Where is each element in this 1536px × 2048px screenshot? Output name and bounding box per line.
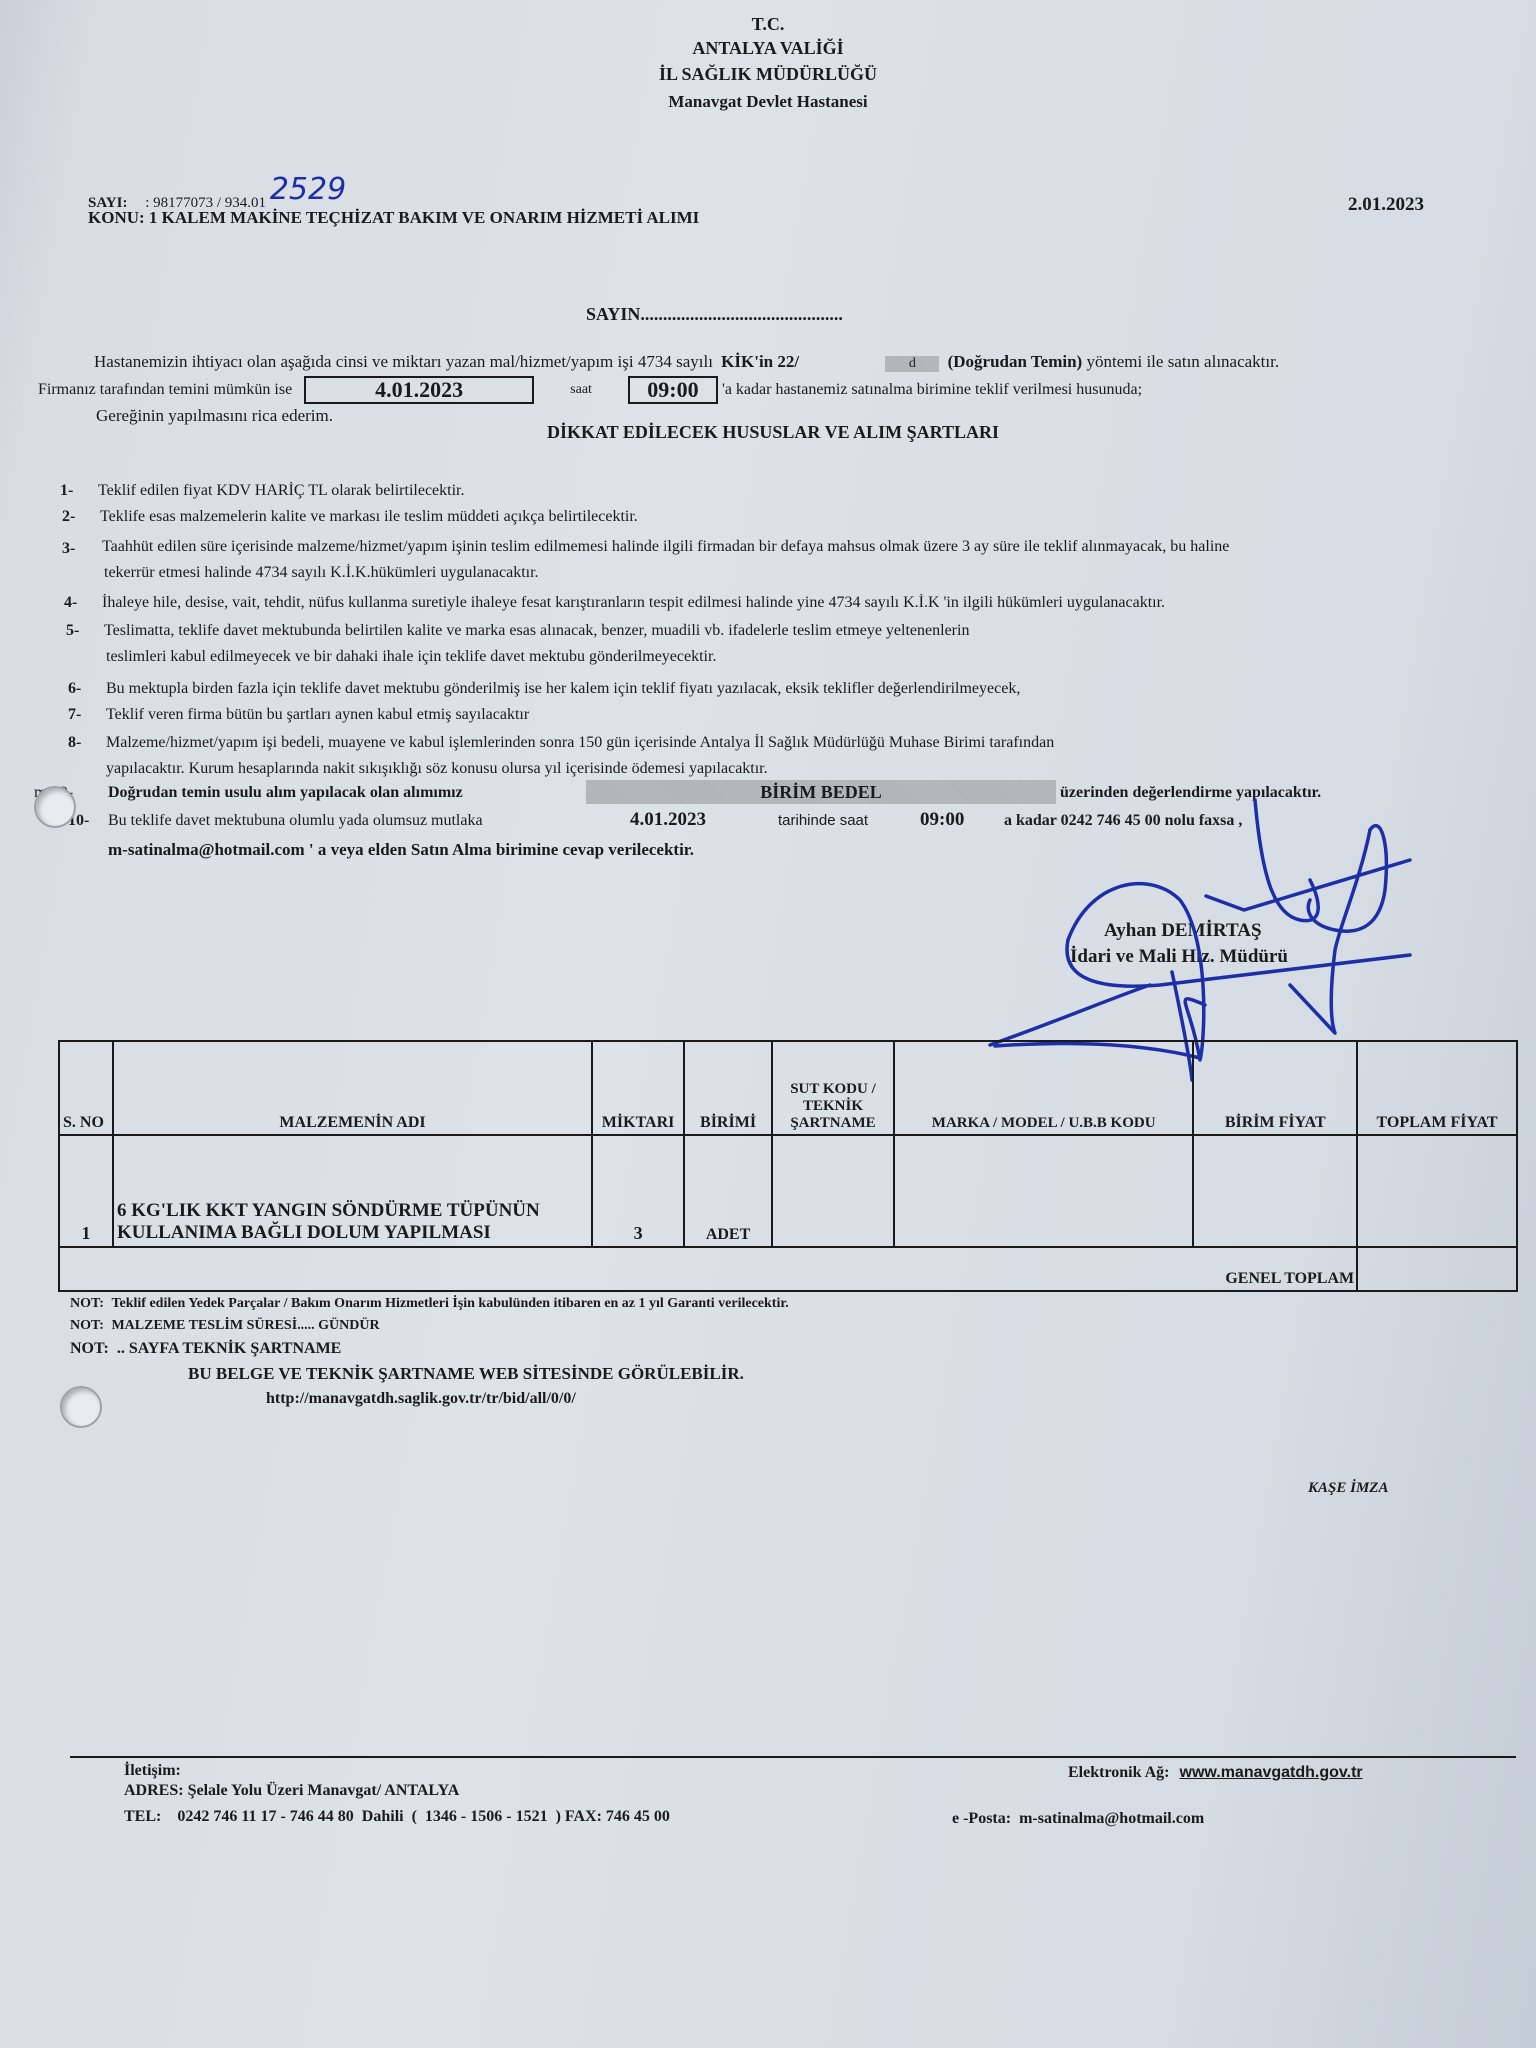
condition-text: Malzeme/hizmet/yapım işi bedeli, muayene… (106, 734, 1054, 752)
row-sno: 1 (59, 1135, 113, 1247)
sayi-handwritten: 2529 (270, 172, 346, 207)
evaluation-basis-highlight: BİRİM BEDEL (586, 780, 1056, 804)
condition-text: Teklif veren firma bütün bu şartları ayn… (106, 706, 529, 724)
law-subclause: d (885, 356, 939, 372)
header-hospital: Manavgat Devlet Hastanesi (0, 92, 1536, 112)
signatory-name: Ayhan DEMİRTAŞ (1104, 920, 1262, 942)
stamp-signature-label: KAŞE İMZA (1308, 1480, 1388, 1497)
footer-email: e -Posta: m-satinalma@hotmail.com (952, 1810, 1204, 1828)
note-label: NOT: (70, 1318, 104, 1333)
condition-text: Bu teklife davet mektubuna olumlu yada o… (108, 812, 483, 830)
header-tc: T.C. (0, 14, 1536, 35)
condition-text-end: üzerinden değerlendirme yapılacaktır. (1060, 784, 1321, 802)
condition-number: 2- (62, 508, 75, 526)
note-label: NOT: (70, 1296, 104, 1311)
footer-web: Elektronik Ağ: www.manavgatdh.gov.tr (1068, 1764, 1363, 1782)
saat-label: saat (570, 382, 592, 398)
condition-text-cont: yapılacaktır. Kurum hesaplarında nakit s… (106, 760, 768, 778)
header-directorate: İL SAĞLIK MÜDÜRLÜĞÜ (0, 64, 1536, 85)
procurement-method: (Doğrudan Temin) (948, 352, 1083, 371)
web-url-link[interactable]: http://manavgatdh.saglik.gov.tr/tr/bid/a… (266, 1390, 576, 1408)
row-brand-model[interactable] (894, 1135, 1193, 1247)
footer-email-label: e -Posta: (952, 1810, 1011, 1827)
footer-web-label: Elektronik Ağ: (1068, 1764, 1170, 1781)
footer-divider (70, 1756, 1516, 1758)
reply-email-text: m-satinalma@hotmail.com ' a veya elden S… (108, 840, 694, 860)
grand-total-row: GENEL TOPLAM (59, 1247, 1517, 1291)
intro-line-2: Firmanız tarafından temini mümkün ise 4.… (38, 376, 1142, 404)
header-sut-code: SUT KODU / TEKNİK ŞARTNAME (772, 1041, 894, 1135)
header-brand-model: MARKA / MODEL / U.B.B KODU (894, 1041, 1193, 1135)
note-text: Teklif edilen Yedek Parçalar / Bakım Ona… (111, 1296, 788, 1311)
condition-text: Taahhüt edilen süre içerisinde malzeme/h… (102, 538, 1229, 556)
note-2: NOT: MALZEME TESLİM SÜRESİ..... GÜNDÜR (70, 1318, 380, 1334)
condition-number: 8- (68, 734, 81, 752)
condition-text-cont: teslimleri kabul edilmeyecek ve bir daha… (106, 648, 716, 666)
document-date: 2.01.2023 (1348, 194, 1424, 216)
signatory-title: İdari ve Mali Hiz. Müdürü (1070, 946, 1288, 968)
note-3: NOT: .. SAYFA TEKNİK ŞARTNAME (70, 1340, 341, 1358)
note-text: MALZEME TESLİM SÜRESİ..... GÜNDÜR (111, 1318, 379, 1333)
note-text: .. SAYFA TEKNİK ŞARTNAME (117, 1340, 342, 1357)
row-unit-price[interactable] (1193, 1135, 1357, 1247)
deadline-date-box: 4.01.2023 (304, 376, 534, 404)
intro-text: Firmanız tarafından temini mümkün ise (38, 381, 292, 399)
fax-text: a kadar 0242 746 45 00 nolu faxsa , (1004, 812, 1242, 830)
condition-text-cont: tekerrür etmesi halinde 4734 sayılı K.İ.… (104, 564, 539, 582)
condition-number: 1- (60, 482, 73, 500)
header-unit: BİRİMİ (684, 1041, 772, 1135)
conditions-title: DİKKAT EDİLECEK HUSUSLAR VE ALIM ŞARTLAR… (0, 422, 1536, 443)
condition-number: 3- (62, 540, 75, 558)
row-item-name: 6 KG'LIK KKT YANGIN SÖNDÜRME TÜPÜNÜN KUL… (113, 1135, 592, 1247)
footer-web-link[interactable]: www.manavgatdh.gov.tr (1180, 1764, 1363, 1781)
row-quantity: 3 (592, 1135, 684, 1247)
intro-text-end: yöntemi ile satın alınacaktır. (1086, 352, 1279, 371)
hole-punch-icon (34, 786, 76, 828)
header-governorship: ANTALYA VALİĞİ (0, 38, 1536, 59)
web-note: BU BELGE VE TEKNİK ŞARTNAME WEB SİTESİND… (188, 1364, 744, 1384)
note-1: NOT: Teklif edilen Yedek Parçalar / Bakı… (70, 1296, 789, 1312)
intro-text: Hastanemizin ihtiyacı olan aşağıda cinsi… (94, 352, 713, 371)
grand-total-value[interactable] (1357, 1247, 1517, 1291)
condition-number: 6- (68, 680, 81, 698)
header-unit-price: BİRİM FİYAT (1193, 1041, 1357, 1135)
condition-number: 7- (68, 706, 81, 724)
reply-time-label: tarihinde saat (778, 812, 868, 829)
reply-date: 4.01.2023 (630, 809, 706, 831)
footer-address: ADRES: Şelale Yolu Üzeri Manavgat/ ANTAL… (124, 1782, 459, 1800)
hole-punch-icon (60, 1386, 102, 1428)
konu-line: KONU: 1 KALEM MAKİNE TEÇHİZAT BAKIM VE O… (88, 208, 699, 228)
header-total-price: TOPLAM FİYAT (1357, 1041, 1517, 1135)
row-unit: ADET (684, 1135, 772, 1247)
row-total-price[interactable] (1357, 1135, 1517, 1247)
condition-text: Teklif edilen fiyat KDV HARİÇ TL olarak … (98, 482, 464, 500)
header-item-name: MALZEMENİN ADI (113, 1041, 592, 1135)
item-name-line-1: 6 KG'LIK KKT YANGIN SÖNDÜRME TÜPÜNÜN (117, 1200, 588, 1222)
items-table: S. NO MALZEMENİN ADI MİKTARI BİRİMİ SUT … (58, 1040, 1518, 1292)
note-label: NOT: (70, 1340, 109, 1357)
intro-text-end: 'a kadar hastanemiz satınalma birimine t… (722, 381, 1142, 399)
konu-value: 1 KALEM MAKİNE TEÇHİZAT BAKIM VE ONARIM … (149, 208, 699, 227)
table-row: 1 6 KG'LIK KKT YANGIN SÖNDÜRME TÜPÜNÜN K… (59, 1135, 1517, 1247)
salutation: SAYIN...................................… (586, 304, 843, 325)
intro-line-1: Hastanemizin ihtiyacı olan aşağıda cinsi… (94, 352, 1279, 372)
header-quantity: MİKTARI (592, 1041, 684, 1135)
footer-contact-label: İletişim: (124, 1762, 181, 1780)
condition-number: 4- (64, 594, 77, 612)
condition-text: Bu mektupla birden fazla için teklife da… (106, 680, 1020, 698)
row-sut-code[interactable] (772, 1135, 894, 1247)
condition-text: Teklife esas malzemelerin kalite ve mark… (100, 508, 638, 526)
header-sno: S. NO (59, 1041, 113, 1135)
footer-email-link[interactable]: m-satinalma@hotmail.com (1019, 1810, 1204, 1827)
grand-total-label: GENEL TOPLAM (59, 1247, 1357, 1291)
condition-text: Doğrudan temin usulu alım yapılacak olan… (108, 784, 463, 802)
footer-phone: TEL: 0242 746 11 17 - 746 44 80 Dahili (… (124, 1808, 670, 1826)
konu-label: KONU: (88, 208, 145, 227)
deadline-time-box: 09:00 (628, 376, 718, 404)
reply-time: 09:00 (920, 809, 964, 831)
condition-text: Teslimatta, teklife davet mektubunda bel… (104, 622, 969, 640)
table-header-row: S. NO MALZEMENİN ADI MİKTARI BİRİMİ SUT … (59, 1041, 1517, 1135)
condition-text: İhaleye hile, desise, vait, tehdit, nüfu… (102, 594, 1165, 612)
condition-number: 5- (66, 622, 79, 640)
law-reference: KİK'in 22/ (721, 352, 799, 371)
item-name-line-2: KULLANIMA BAĞLI DOLUM YAPILMASI (117, 1222, 588, 1244)
